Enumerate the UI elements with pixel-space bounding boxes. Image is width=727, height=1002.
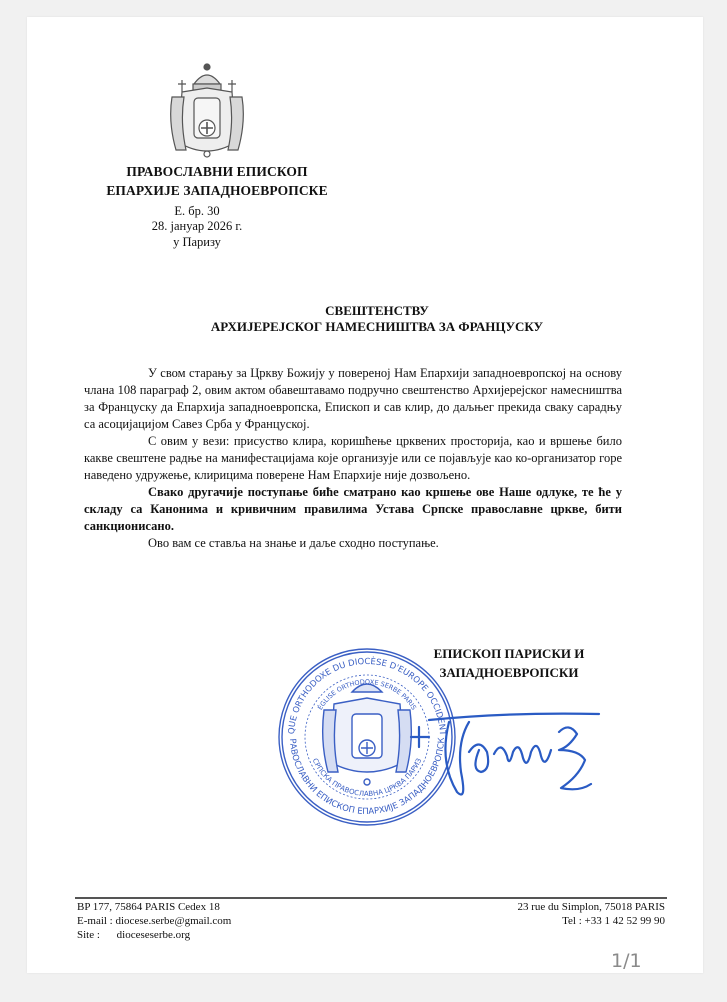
footer-site-label: Site : bbox=[77, 929, 100, 941]
issuer-line-1: ПРАВОСЛАВНИ ЕПИСКОП bbox=[87, 162, 347, 181]
footer-email-row: E-mail : diocese.serbe@gmail.com bbox=[77, 914, 231, 928]
footer-phone: +33 1 42 52 99 90 bbox=[585, 915, 665, 927]
letter-body: У свом старању за Цркву Божију у поверен… bbox=[84, 365, 622, 552]
footer-left: BP 177, 75864 PARIS Cedex 18 E-mail : di… bbox=[77, 900, 231, 942]
footer-divider bbox=[75, 897, 667, 899]
paragraph-4: Ово вам се ставља на знање и даље сходно… bbox=[84, 535, 622, 552]
paragraph-3-warning: Свако другачије поступање биће сматрано … bbox=[84, 484, 622, 535]
footer-phone-label: Tel : bbox=[562, 915, 582, 927]
document-date: 28. јануар 2026 г. bbox=[127, 218, 267, 234]
footer-postal-address: BP 177, 75864 PARIS Cedex 18 bbox=[77, 900, 231, 914]
paragraph-2: С овим у вези: присуство клира, коришћењ… bbox=[84, 433, 622, 484]
footer-street-address: 23 rue du Simplon, 75018 PARIS bbox=[517, 900, 665, 914]
footer-site[interactable]: dioceseserbe.org bbox=[117, 929, 190, 941]
handwritten-signature bbox=[409, 692, 609, 812]
footer-phone-row: Tel : +33 1 42 52 99 90 bbox=[517, 914, 665, 928]
document-page: ПРАВОСЛАВНИ ЕПИСКОП ЕПАРХИЈЕ ЗАПАДНОЕВРО… bbox=[27, 17, 703, 973]
footer-site-row: Site : dioceseserbe.org bbox=[77, 928, 231, 942]
footer-email[interactable]: diocese.serbe@gmail.com bbox=[116, 915, 232, 927]
addressee-line-1: СВЕШТЕНСТВУ bbox=[177, 302, 577, 319]
reference-number: Е. бр. 30 bbox=[127, 203, 267, 219]
addressee-line-2: АРХИЈЕРЕЈСКОГ НАМЕСНИШТВА ЗА ФРАНЦУСКУ bbox=[177, 318, 577, 335]
paragraph-1: У свом старању за Цркву Божију у поверен… bbox=[84, 365, 622, 433]
footer-email-label: E-mail : bbox=[77, 915, 113, 927]
footer-right: 23 rue du Simplon, 75018 PARIS Tel : +33… bbox=[517, 900, 665, 928]
issuer-line-2: ЕПАРХИЈЕ ЗАПАДНОЕВРОПСКЕ bbox=[87, 181, 347, 200]
document-place: у Паризу bbox=[127, 234, 267, 250]
page-indicator: 1/1 bbox=[611, 950, 642, 972]
coat-of-arms-icon bbox=[162, 62, 252, 162]
